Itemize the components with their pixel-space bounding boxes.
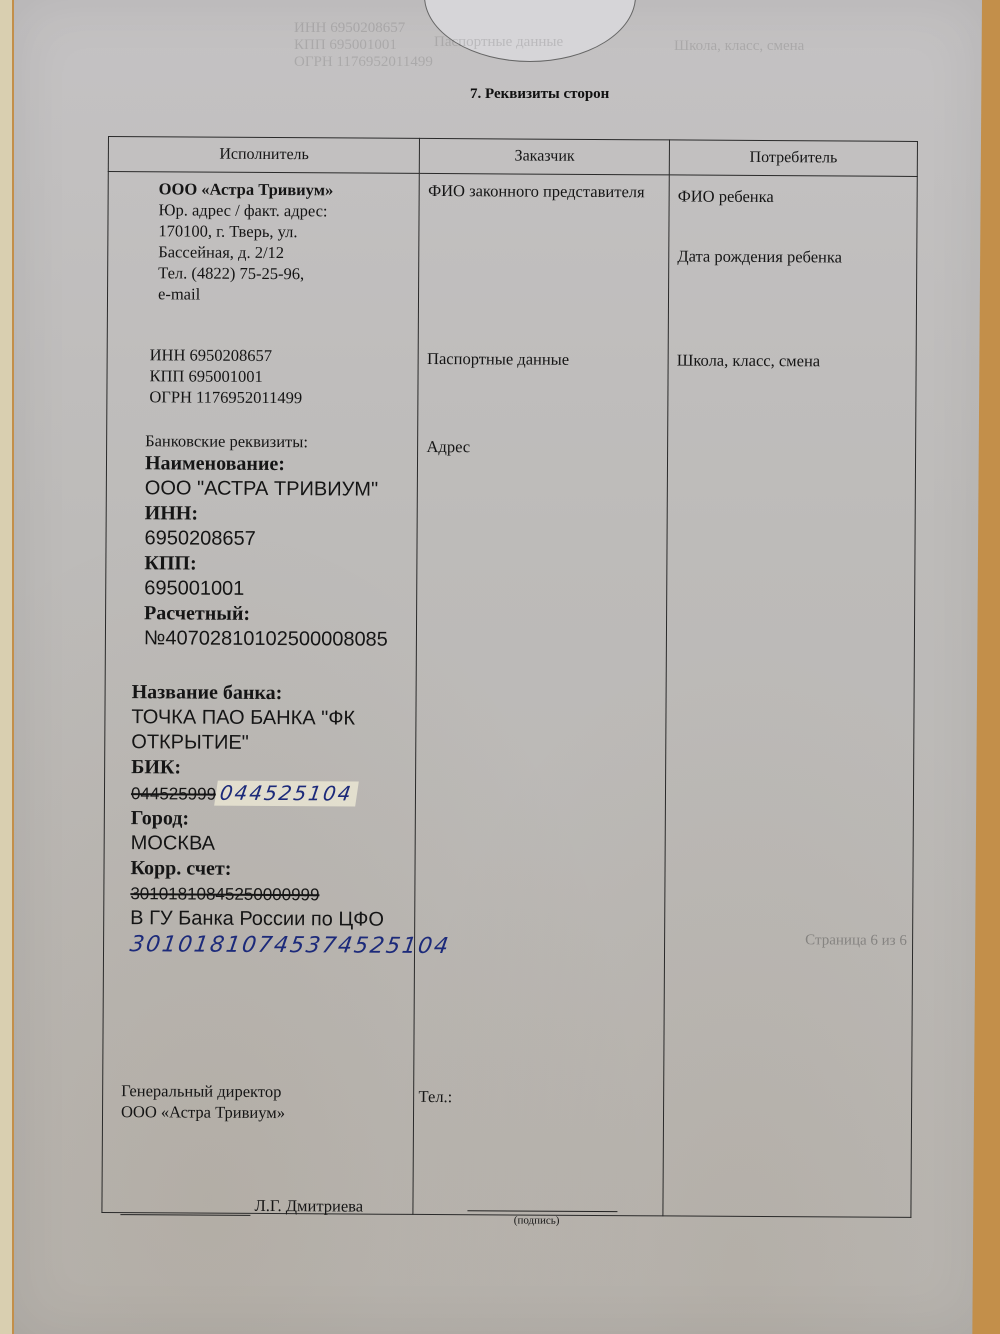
director-company: ООО «Астра Тривиум» <box>121 1101 411 1124</box>
executor-inn: ИНН 6950208657 <box>150 344 410 367</box>
corr-handwritten: 30101810745374525104 <box>128 931 422 961</box>
executor-company: ООО «Астра Тривиум» <box>159 178 419 201</box>
executor-cell: ООО «Астра Тривиум» Юр. адрес / факт. ад… <box>102 172 420 1215</box>
inn-label: ИНН: <box>145 501 425 528</box>
section-title: 7. Реквизиты сторон <box>470 86 609 103</box>
name-label: Наименование: <box>145 451 425 478</box>
corr-label: Корр. счет: <box>130 856 420 883</box>
bik-handwritten: 044525104 <box>214 781 358 807</box>
director-signature-row: Л.Г. Дмитриева <box>120 1194 363 1216</box>
executor-address-label: Юр. адрес / факт. адрес: <box>158 199 418 222</box>
name-value: ООО "АСТРА ТРИВИУМ" <box>145 476 425 503</box>
city-label: Город: <box>131 806 421 833</box>
ghost-page-number: Страница 6 из 6 <box>805 932 907 950</box>
corr-old-struck: 30101810845250000999 <box>130 881 420 908</box>
account-value: №40702810102500008085 <box>144 626 424 653</box>
customer-signature-line <box>468 1210 618 1212</box>
consumer-child-fio-label: ФИО ребенка <box>678 185 774 207</box>
executor-email-label: e-mail <box>158 283 418 306</box>
column-header-customer: Заказчик <box>420 138 670 175</box>
bank-name-label: Название банка: <box>132 680 422 707</box>
director-title: Генеральный директор <box>121 1080 411 1103</box>
bik-row: 044525999044525104 <box>131 780 421 808</box>
column-header-executor: Исполнитель <box>108 137 420 174</box>
consumer-birth-date-label: Дата рождения ребенка <box>677 245 842 267</box>
bik-old-struck: 044525999 <box>131 784 216 804</box>
corr-bank: В ГУ Банка России по ЦФО <box>130 906 420 933</box>
customer-passport-label: Паспортные данные <box>427 348 569 370</box>
kpp-value: 695001001 <box>144 576 424 603</box>
content-row: ООО «Астра Тривиум» Юр. адрес / факт. ад… <box>102 172 917 1218</box>
executor-ogrn: ОГРН 1176952011499 <box>149 386 409 409</box>
punch-hole <box>424 0 636 62</box>
signature-line <box>120 1196 250 1216</box>
customer-fio-label: ФИО законного представителя <box>428 180 658 202</box>
executor-phone: Тел. (4822) 75-25-96, <box>158 262 418 285</box>
bank-details-header: Банковские реквизиты: <box>145 430 425 453</box>
header-row: Исполнитель Заказчик Потребитель <box>108 137 917 177</box>
bleed-through-text: Паспортные данные <box>434 34 563 51</box>
kpp-label: КПП: <box>144 551 424 578</box>
customer-phone-label: Тел.: <box>419 1086 453 1107</box>
customer-cell: ФИО законного представителя Паспортные д… <box>413 173 669 1216</box>
executor-address-line2: Бассейная, д. 2/12 <box>158 241 418 264</box>
signature-caption: (подпись) <box>514 1214 560 1226</box>
consumer-school-label: Школа, класс, смена <box>677 349 821 371</box>
executor-address-line1: 170100, г. Тверь, ул. <box>158 220 418 243</box>
bank-name-line1: ТОЧКА ПАО БАНКА "ФК <box>131 705 421 732</box>
bleed-through-text: Школа, класс, смена <box>674 38 804 55</box>
column-header-consumer: Потребитель <box>669 140 917 177</box>
consumer-cell: ФИО ребенка Дата рождения ребенка Школа,… <box>663 175 917 1217</box>
customer-address-label: Адрес <box>426 436 470 457</box>
bik-label: БИК: <box>131 755 421 782</box>
director-name: Л.Г. Дмитриева <box>255 1196 364 1216</box>
inn-value: 6950208657 <box>144 526 424 553</box>
bank-name-line2: ОТКРЫТИЕ" <box>131 730 421 757</box>
requisites-table: Исполнитель Заказчик Потребитель ООО «Ас… <box>101 136 918 1218</box>
executor-kpp: КПП 695001001 <box>149 365 409 388</box>
account-label: Расчетный: <box>144 601 424 628</box>
bleed-through-text: ИНН 6950208657 КПП 695001001 ОГРН 117695… <box>294 20 433 71</box>
city-value: МОСКВА <box>131 831 421 858</box>
